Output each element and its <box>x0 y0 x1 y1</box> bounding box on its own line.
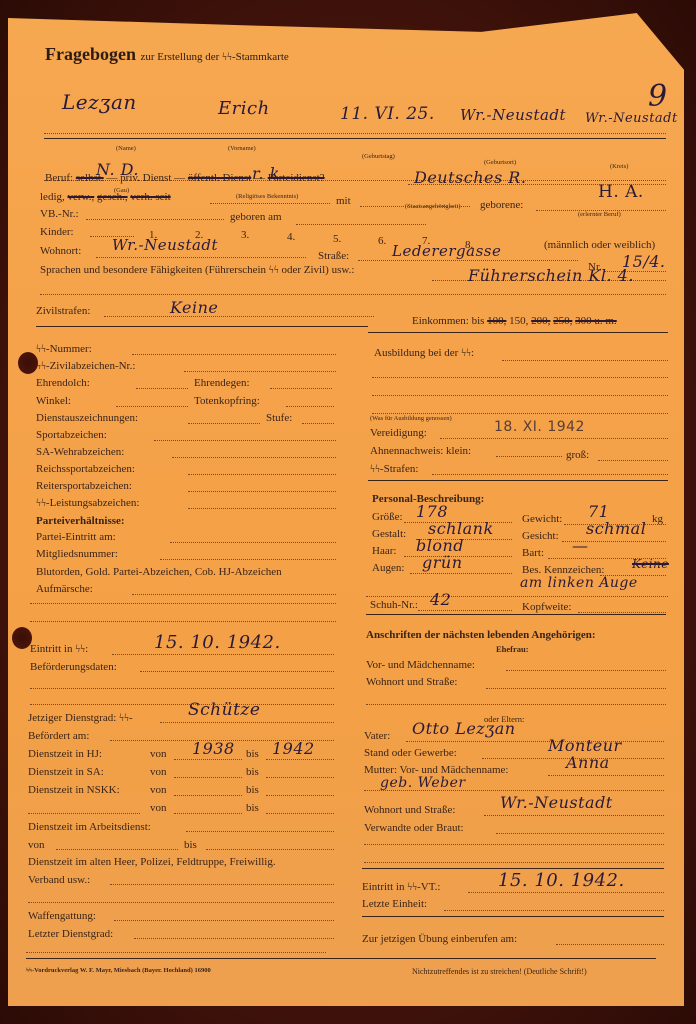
gesicht-value[interactable]: schmal <box>586 521 646 537</box>
ahnennachweis-klein-field[interactable] <box>496 456 562 457</box>
section-rule <box>362 916 664 917</box>
vater-value[interactable]: Otto Lezʒan <box>412 721 516 737</box>
ehefrau-label: Ehefrau: <box>496 645 529 654</box>
dienstauszeichnungen-label: Dienstauszeichnungen: <box>36 413 138 424</box>
fs-verh[interactable]: verh. seit <box>130 191 170 203</box>
befoerderungsdaten-label: Beförderungsdaten: <box>30 662 117 673</box>
wohnort-line <box>96 257 306 258</box>
eintritt-ss-line <box>112 654 334 655</box>
ss-zivilabzeichen-field[interactable] <box>184 371 336 372</box>
ss-nummer-label: ϟϟ-Nummer: <box>36 344 92 355</box>
kennzeichen-value[interactable]: am linken Auge <box>520 576 638 590</box>
kinder-number[interactable]: 5. <box>333 234 341 245</box>
punch-hole-top <box>18 352 38 374</box>
ss-nummer-field[interactable] <box>132 354 336 355</box>
beruf-field[interactable] <box>408 184 666 185</box>
vater-line <box>406 741 664 742</box>
printer-imprint: ϟϟ-Vordruckverlag W. F. Mayr, Miesbach (… <box>26 968 211 975</box>
arbeitsdienst-bis-field[interactable] <box>206 849 334 850</box>
arbeitsdienst-label: Dienstzeit im Arbeitsdienst: <box>28 822 151 833</box>
title-sub: zur Erstellung der ϟϟ-Stammkarte <box>140 51 288 63</box>
einkommen-250[interactable]: 250, <box>553 315 572 327</box>
name-label: (Name) <box>116 146 136 153</box>
section-rule <box>368 332 668 333</box>
geboren-am-field[interactable] <box>296 224 426 225</box>
einkommen-100[interactable]: 100, <box>487 315 506 327</box>
kennzeichen-label: Bes. Kennzeichen: <box>522 565 604 576</box>
vereidigung-stamp[interactable]: 18. XI. 1942 <box>494 419 585 435</box>
sprachen-value[interactable]: Führerschein Kl. 4. <box>468 268 634 284</box>
vereidigung-line <box>440 438 668 439</box>
dienstgrad-label: Jetziger Dienstgrad: ϟϟ- <box>28 713 133 724</box>
aufmaersche-field2[interactable] <box>30 603 336 604</box>
kinder-number[interactable]: 7. <box>422 236 430 247</box>
ausbildung-label: Ausbildung bei der ϟϟ: <box>374 348 474 359</box>
kreis-label: (Kreis) <box>610 164 628 171</box>
staatsangehoerigkeit-label: (Staatsangehörigkeit) <box>405 204 461 211</box>
gesicht-label: Gesicht: <box>522 531 559 542</box>
ausbildung-field2[interactable] <box>372 377 668 378</box>
rule <box>44 138 666 139</box>
mitgliedsnummer-field[interactable] <box>160 559 336 560</box>
reichssportabzeichen-field[interactable] <box>188 474 336 475</box>
sprachen-line2 <box>40 294 666 295</box>
ehefrau-wohnort-field2[interactable] <box>366 704 666 705</box>
ausbildung-field4[interactable] <box>372 413 668 414</box>
vater-label: Vater: <box>364 731 390 742</box>
ehrendegen-field[interactable] <box>270 388 332 389</box>
vb-nr-label: VB.-Nr.: <box>40 209 79 220</box>
bart-line <box>548 558 666 559</box>
geburtstag-value[interactable]: 11. VI. 25. <box>340 106 435 123</box>
arbeitsdienst-von-label: von <box>28 840 45 851</box>
einkommen-150[interactable]: 150, <box>509 315 528 327</box>
vereidigung-label: Vereidigung: <box>370 428 427 439</box>
zivilstrafen-label: Zivilstrafen: <box>36 306 90 317</box>
dienstzeit-hj-label: Dienstzeit in HJ: <box>28 749 102 760</box>
dienstzeit-other-bis-line <box>266 813 334 814</box>
eintritt-vt-label: Eintritt in ϟϟ-VT.: <box>362 882 440 893</box>
ss-zivilabzeichen-label: ϟϟ-Zivilabzeichen-Nr.: <box>36 361 135 372</box>
kennzeichen-line <box>600 575 666 576</box>
footer-line <box>26 952 326 953</box>
befoerderungsdaten-line2[interactable] <box>30 688 334 689</box>
kopfweite-label: Kopfweite: <box>522 602 571 613</box>
beruf-row: Beruf: selbst. — priv. Dienst — öffentl.… <box>45 173 325 184</box>
dienstgrad-value[interactable]: Schütze <box>188 702 260 719</box>
eintritt-ss-label: Eintritt in ϟϟ: <box>30 644 88 655</box>
dienstzeit-hj-von-label: von <box>150 749 167 760</box>
dienstzeit-hj-von-line <box>174 759 242 760</box>
kinder-label: Kinder: <box>40 227 74 238</box>
parteiverhaeltnisse-label: Parteiverhältnisse: <box>36 516 125 527</box>
verwandte-label: Verwandte oder Braut: <box>364 823 464 834</box>
vorname-value[interactable]: Erich <box>218 100 270 118</box>
ehrendolch-field[interactable] <box>136 388 188 389</box>
kinder-number[interactable]: 1. <box>149 230 157 241</box>
ehefrau-wohnort-label: Wohnort und Straße: <box>366 677 457 688</box>
dienstzeit-nskk-bis-label: bis <box>246 785 259 796</box>
dienstzeit-nskk-von-line <box>174 795 242 796</box>
beruf-option-priv[interactable]: — priv. Dienst — <box>106 172 185 184</box>
befoerderungsdaten-line[interactable] <box>140 671 334 672</box>
arbeitsdienst-field[interactable] <box>186 831 334 832</box>
mitgliedsnummer-label: Mitgliedsnummer: <box>36 549 118 560</box>
dienstauszeichnungen-field[interactable] <box>188 423 260 424</box>
mutter-label: Mutter: Vor- und Mädchenname: <box>364 765 508 776</box>
arbeitsdienst-bis-label: bis <box>184 840 197 851</box>
beruf-option-partei[interactable]: Parteidienst? <box>268 172 325 184</box>
stufe-label: Stufe: <box>266 413 292 424</box>
vb-nr-field[interactable] <box>86 219 224 220</box>
geburtsort-value[interactable]: Wr.-Neustadt <box>460 108 566 123</box>
kinder-number[interactable]: 2. <box>195 230 203 241</box>
ahnennachweis-gross-field[interactable] <box>598 460 668 461</box>
section-rule <box>368 480 668 481</box>
sa-wehrabzeichen-field[interactable] <box>172 457 336 458</box>
bart-value[interactable]: — <box>572 538 589 554</box>
uebung-label: Zur jetzigen Übung einberufen am: <box>362 934 517 945</box>
kennzeichen-struck-value[interactable]: Keine <box>632 558 669 570</box>
religion-label: (Religiöses Bekenntnis) <box>236 194 298 201</box>
ausbildung-field[interactable] <box>502 360 668 361</box>
totenkopfring-label: Totenkopfring: <box>194 396 260 407</box>
ehrendegen-label: Ehrendegen: <box>194 378 250 389</box>
schuh-nr-label: Schuh-Nr.: <box>370 600 418 611</box>
sportabzeichen-field[interactable] <box>154 440 336 441</box>
verwandte-field2[interactable] <box>364 844 664 845</box>
verband-field[interactable] <box>110 884 334 885</box>
beruf-label: Beruf: <box>45 172 73 184</box>
form-title: Fragebogen zur Erstellung der ϟϟ-Stammka… <box>45 44 289 65</box>
sa-wehrabzeichen-label: SA-Wehrabzeichen: <box>36 447 124 458</box>
dienstzeit-other-field[interactable] <box>28 813 140 814</box>
ehefrau-wohnort-field[interactable] <box>486 688 666 689</box>
aufmaersche-label: Aufmärsche: <box>36 584 93 595</box>
ehefrau-name-field[interactable] <box>506 670 666 671</box>
dienstzeit-hj-bis-line <box>266 759 334 760</box>
reitersportabzeichen-label: Reitersportabzeichen: <box>36 481 132 492</box>
dienstzeit-other-bis-label: bis <box>246 803 259 814</box>
ss-leistungsabzeichen-field[interactable] <box>188 508 336 509</box>
dienstzeit-hj-von-value[interactable]: 1938 <box>192 741 235 757</box>
mit-label: mit <box>336 196 351 207</box>
fs-verw[interactable]: verw., <box>68 191 95 203</box>
sheet-number: 9 <box>648 82 668 112</box>
footer-note: Nichtzutreffendes ist zu streichen! (Deu… <box>412 968 587 976</box>
kinder-note: (männlich oder weiblich) <box>544 240 655 251</box>
einkommen-200[interactable]: 200, <box>531 315 550 327</box>
geburtstag-label: (Geburtstag) <box>362 154 395 161</box>
eintritt-vt-value[interactable]: 15. 10. 1942. <box>498 872 625 890</box>
verband-label: Verband usw.: <box>28 875 90 886</box>
beruf-option-oeffentl[interactable]: öffentl. Dienst <box>188 172 251 184</box>
wohnort-label: Wohnort: <box>40 246 81 257</box>
arbeitsdienst-von-field[interactable] <box>56 849 178 850</box>
dienstzeit-other-von-line <box>174 813 242 814</box>
strasse-label: Straße: <box>318 251 349 262</box>
zivilstrafen-value[interactable]: Keine <box>170 300 218 316</box>
fs-ledig[interactable]: ledig, <box>40 191 65 203</box>
augen-label: Augen: <box>372 563 404 574</box>
vor-maedchenname-label: Vor- und Mädchenname: <box>366 660 475 671</box>
ausbildung-note: (Was für Ausbildung genossen) <box>370 416 452 423</box>
mutter-value2[interactable]: geb. Weber <box>380 776 466 790</box>
section-rule <box>362 868 664 869</box>
dienstzeit-other-von-label: von <box>150 803 167 814</box>
footer-rule <box>26 958 656 959</box>
dienstzeit-sa-bis-line <box>266 777 334 778</box>
schuh-nr-value[interactable]: 42 <box>430 592 451 608</box>
einkommen-300[interactable]: 300 u. m. <box>575 315 617 327</box>
ss-strafen-field[interactable] <box>432 474 668 475</box>
totenkopfring-field[interactable] <box>286 406 334 407</box>
ss-strafen-label: ϟϟ-Strafen: <box>370 464 418 475</box>
stand-value[interactable]: Monteur <box>548 738 622 754</box>
kinder-number[interactable]: 8. <box>465 240 473 251</box>
reitersportabzeichen-field[interactable] <box>188 491 336 492</box>
dienstgrad-line <box>160 722 334 723</box>
erlernter-beruf-label: (erlernter Beruf) <box>578 212 621 219</box>
letzte-einheit-field[interactable] <box>444 910 664 911</box>
gewicht-value[interactable]: 71 <box>588 504 609 520</box>
haar-value[interactable]: blond <box>416 538 464 554</box>
letzte-einheit-label: Letzte Einheit: <box>362 899 427 910</box>
aufmaersche-field3[interactable] <box>30 621 336 622</box>
kopfweite-line[interactable] <box>578 612 666 613</box>
alte-heer-label: Dienstzeit im alten Heer, Polizei, Feldt… <box>28 857 276 868</box>
title-main: Fragebogen <box>45 44 136 64</box>
winkel-field[interactable] <box>116 406 188 407</box>
groesse-label: Größe: <box>372 512 403 523</box>
befoerdert-am-label: Befördert am: <box>28 731 89 742</box>
strasse-line <box>358 260 578 261</box>
eltern-wohnort-value[interactable]: Wr.-Neustadt <box>500 795 613 811</box>
dienstzeit-hj-bis-value[interactable]: 1942 <box>272 741 315 757</box>
sportabzeichen-label: Sportabzeichen: <box>36 430 107 441</box>
mutter-value[interactable]: Anna <box>566 755 610 771</box>
stufe-field[interactable] <box>302 423 334 424</box>
waffengattung-field[interactable] <box>114 920 334 921</box>
kinder-number[interactable]: 6. <box>378 236 386 247</box>
bart-label: Bart: <box>522 548 544 559</box>
line <box>44 133 666 134</box>
ahnennachweis-gross-label: groß: <box>566 450 589 461</box>
zivilstrafen-line <box>104 316 374 317</box>
aufmaersche-field[interactable] <box>132 594 336 595</box>
dienstzeit-nskk-von-label: von <box>150 785 167 796</box>
dienstzeit-sa-label: Dienstzeit in SA: <box>28 767 104 778</box>
familienstand-row: ledig, verw., gesch., verh. seit <box>40 192 171 203</box>
ahnennachweis-label: Ahnennachweis: klein: <box>370 446 471 457</box>
blutorden-label: Blutorden, Gold. Partei-Abzeichen, Cob. … <box>36 567 282 578</box>
gestalt-value[interactable]: schlank <box>428 521 494 537</box>
beruf-option-selbst[interactable]: selbst. <box>76 172 104 184</box>
section-rule <box>366 614 666 615</box>
geborene-field[interactable] <box>536 210 666 211</box>
mutter-line <box>548 775 664 776</box>
geboren-am-label: geboren am <box>230 212 282 223</box>
punch-hole-bottom <box>12 627 32 649</box>
waffengattung-label: Waffengattung: <box>28 911 96 922</box>
beruf-sep: — <box>254 172 265 184</box>
geburtsort-label: (Geburtsort) <box>484 160 516 167</box>
angehoerige-title: Anschriften der nächsten lebenden Angehö… <box>366 630 596 641</box>
erlernter-beruf-value[interactable]: H. A. <box>598 184 644 201</box>
verwandte-line[interactable] <box>496 833 664 834</box>
reichssportabzeichen-label: Reichssportabzeichen: <box>36 464 135 475</box>
eintritt-vt-line <box>468 892 664 893</box>
kinder-number[interactable]: 4. <box>287 232 295 243</box>
geborene-label: geborene: <box>480 200 523 211</box>
letzter-dienstgrad-field[interactable] <box>134 938 334 939</box>
mit-field[interactable] <box>360 206 470 207</box>
befoerderungsdaten-line3[interactable] <box>30 704 334 705</box>
partei-eintritt-label: Partei-Eintritt am: <box>36 532 116 543</box>
sprachen-label: Sprachen und besondere Fähigkeiten (Führ… <box>40 265 354 276</box>
augen-line <box>410 573 512 574</box>
gestalt-label: Gestalt: <box>372 529 406 540</box>
haar-label: Haar: <box>372 546 396 557</box>
verwandte-field3[interactable] <box>364 862 664 863</box>
strasse-value[interactable]: Lederergasse <box>392 244 501 259</box>
eintritt-ss-value[interactable]: 15. 10. 1942. <box>154 634 281 652</box>
dienstzeit-nskk-bis-line <box>266 795 334 796</box>
dienstzeit-hj-bis-label: bis <box>246 749 259 760</box>
ausbildung-field3[interactable] <box>372 395 668 396</box>
fs-gesch[interactable]: gesch., <box>97 191 128 203</box>
verband-field2[interactable] <box>28 902 334 903</box>
dienstzeit-sa-von-line <box>174 777 242 778</box>
winkel-label: Winkel: <box>36 396 71 407</box>
eltern-wohnort-line <box>484 815 664 816</box>
kennzeichen-line2 <box>366 596 668 597</box>
ss-leistungsabzeichen-label: ϟϟ-Leistungsabzeichen: <box>36 498 139 509</box>
einkommen-label: Einkommen: bis <box>412 315 484 327</box>
name-value[interactable]: Lezʒan <box>62 92 137 112</box>
kreis-value[interactable]: Wr.-Neustadt <box>585 112 678 125</box>
ehrendolch-label: Ehrendolch: <box>36 378 90 389</box>
section-rule <box>36 326 368 327</box>
groesse-value[interactable]: 178 <box>416 504 448 520</box>
uebung-field[interactable] <box>556 944 664 945</box>
einkommen-row: Einkommen: bis 100, 150, 200, 250, 300 u… <box>412 316 617 327</box>
schuh-nr-line <box>418 610 512 611</box>
letzter-dienstgrad-label: Letzter Dienstgrad: <box>28 929 113 940</box>
dienstzeit-sa-bis-label: bis <box>246 767 259 778</box>
dienstzeit-nskk-label: Dienstzeit in NSKK: <box>28 785 120 796</box>
vorname-label: (Vorname) <box>228 146 256 153</box>
gewicht-label: Gewicht: <box>522 514 562 525</box>
eltern-wohnort-label: Wohnort und Straße: <box>364 805 455 816</box>
verh-seit-field[interactable] <box>210 203 330 204</box>
partei-eintritt-field[interactable] <box>170 542 336 543</box>
stand-label: Stand oder Gewerbe: <box>364 748 457 759</box>
kinder-number[interactable]: 3. <box>241 230 249 241</box>
augen-value[interactable]: grün <box>422 555 463 571</box>
dienstzeit-sa-von-label: von <box>150 767 167 778</box>
